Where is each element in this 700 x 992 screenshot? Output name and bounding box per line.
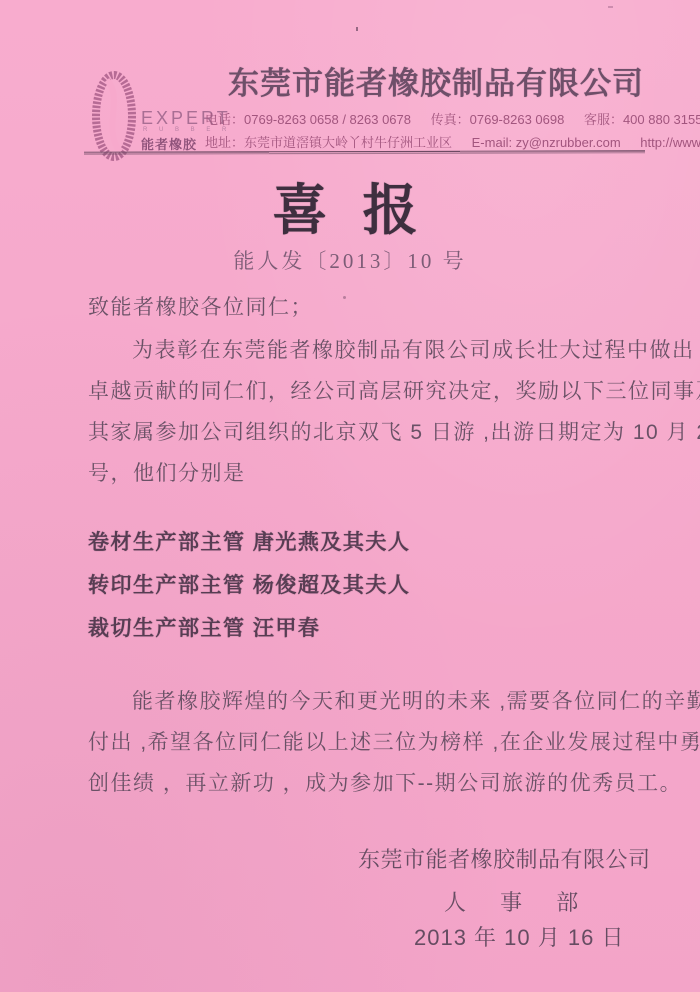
header-divider <box>84 150 645 154</box>
contact-fax: 传真：0769-8263 0698 <box>431 112 565 127</box>
awardees-list: 卷材生产部主管 唐光燕及其夫人 转印生产部主管 杨俊超及其夫人 裁切生产部主管 … <box>88 521 410 650</box>
awardee-line-1: 卷材生产部主管 唐光燕及其夫人 <box>88 521 410 564</box>
signature-department: 人 事 部 <box>444 886 592 917</box>
body-line: 号，他们分别是 <box>88 453 700 494</box>
scan-speck <box>356 27 358 31</box>
scan-speck <box>608 6 613 8</box>
signature-date: 2013 年 10 月 16 日 <box>414 921 624 952</box>
logo-ring-icon <box>90 70 138 162</box>
awardee-line-3: 裁切生产部主管 汪甲春 <box>88 607 410 650</box>
scan-speck <box>343 296 346 299</box>
body-line: 卓越贡献的同仁们，经公司高层研究决定，奖励以下三位同事及 <box>88 371 700 412</box>
contact-address: 地址：东莞市道滘镇大岭丫村牛仔洲工业区 <box>205 135 452 150</box>
notice-title: 喜 报 <box>0 166 700 245</box>
contact-row-2: 地址：东莞市道滘镇大岭丫村牛仔洲工业区 E-mail: zy@nzrubber.… <box>205 132 700 151</box>
contact-service-hotline: 客服：400 880 3155 <box>584 112 700 127</box>
brand-chinese-name: 能者橡胶 <box>141 134 197 153</box>
body-paragraph-1: 为表彰在东莞能者橡胶制品有限公司成长壮大过程中做出 卓越贡献的同仁们，经公司高层… <box>88 330 700 494</box>
doc-number: 能人发〔2013〕10 号 <box>0 245 700 275</box>
body-line: 其家属参加公司组织的北京双飞 5 日游 ,出游日期定为 10 月 23 <box>88 412 700 453</box>
contact-email: E-mail: zy@nzrubber.com <box>472 135 621 150</box>
salutation: 致能者橡胶各位同仁； <box>88 291 313 321</box>
body-line: 创佳绩 ，再立新功 ，成为参加下--期公司旅游的优秀员工。 <box>88 763 700 804</box>
signature-company: 东莞市能者橡胶制品有限公司 <box>358 843 651 874</box>
company-name: 东莞市能者橡胶制品有限公司 <box>228 58 688 103</box>
body-line: 付出 ,希望各位同仁能以上述三位为榜样 ,在企业发展过程中勇 <box>88 722 700 763</box>
scanned-notice-page: EXPERT R U B B E R 能者橡胶 东莞市能者橡胶制品有限公司 电话… <box>0 0 700 992</box>
awardee-line-2: 转印生产部主管 杨俊超及其夫人 <box>88 564 410 607</box>
contact-row-1: 电话：0769-8263 0658 / 8263 0678 传真：0769-82… <box>205 109 700 128</box>
body-line: 为表彰在东莞能者橡胶制品有限公司成长壮大过程中做出 <box>88 330 700 371</box>
contact-website: http://www.nzrubber.com <box>640 135 700 150</box>
contact-phone: 电话：0769-8263 0658 / 8263 0678 <box>205 112 411 127</box>
body-line: 能者橡胶辉煌的今天和更光明的未来 ,需要各位同仁的辛勤 <box>88 681 700 722</box>
closing-paragraph: 能者橡胶辉煌的今天和更光明的未来 ,需要各位同仁的辛勤 付出 ,希望各位同仁能以… <box>88 681 700 804</box>
